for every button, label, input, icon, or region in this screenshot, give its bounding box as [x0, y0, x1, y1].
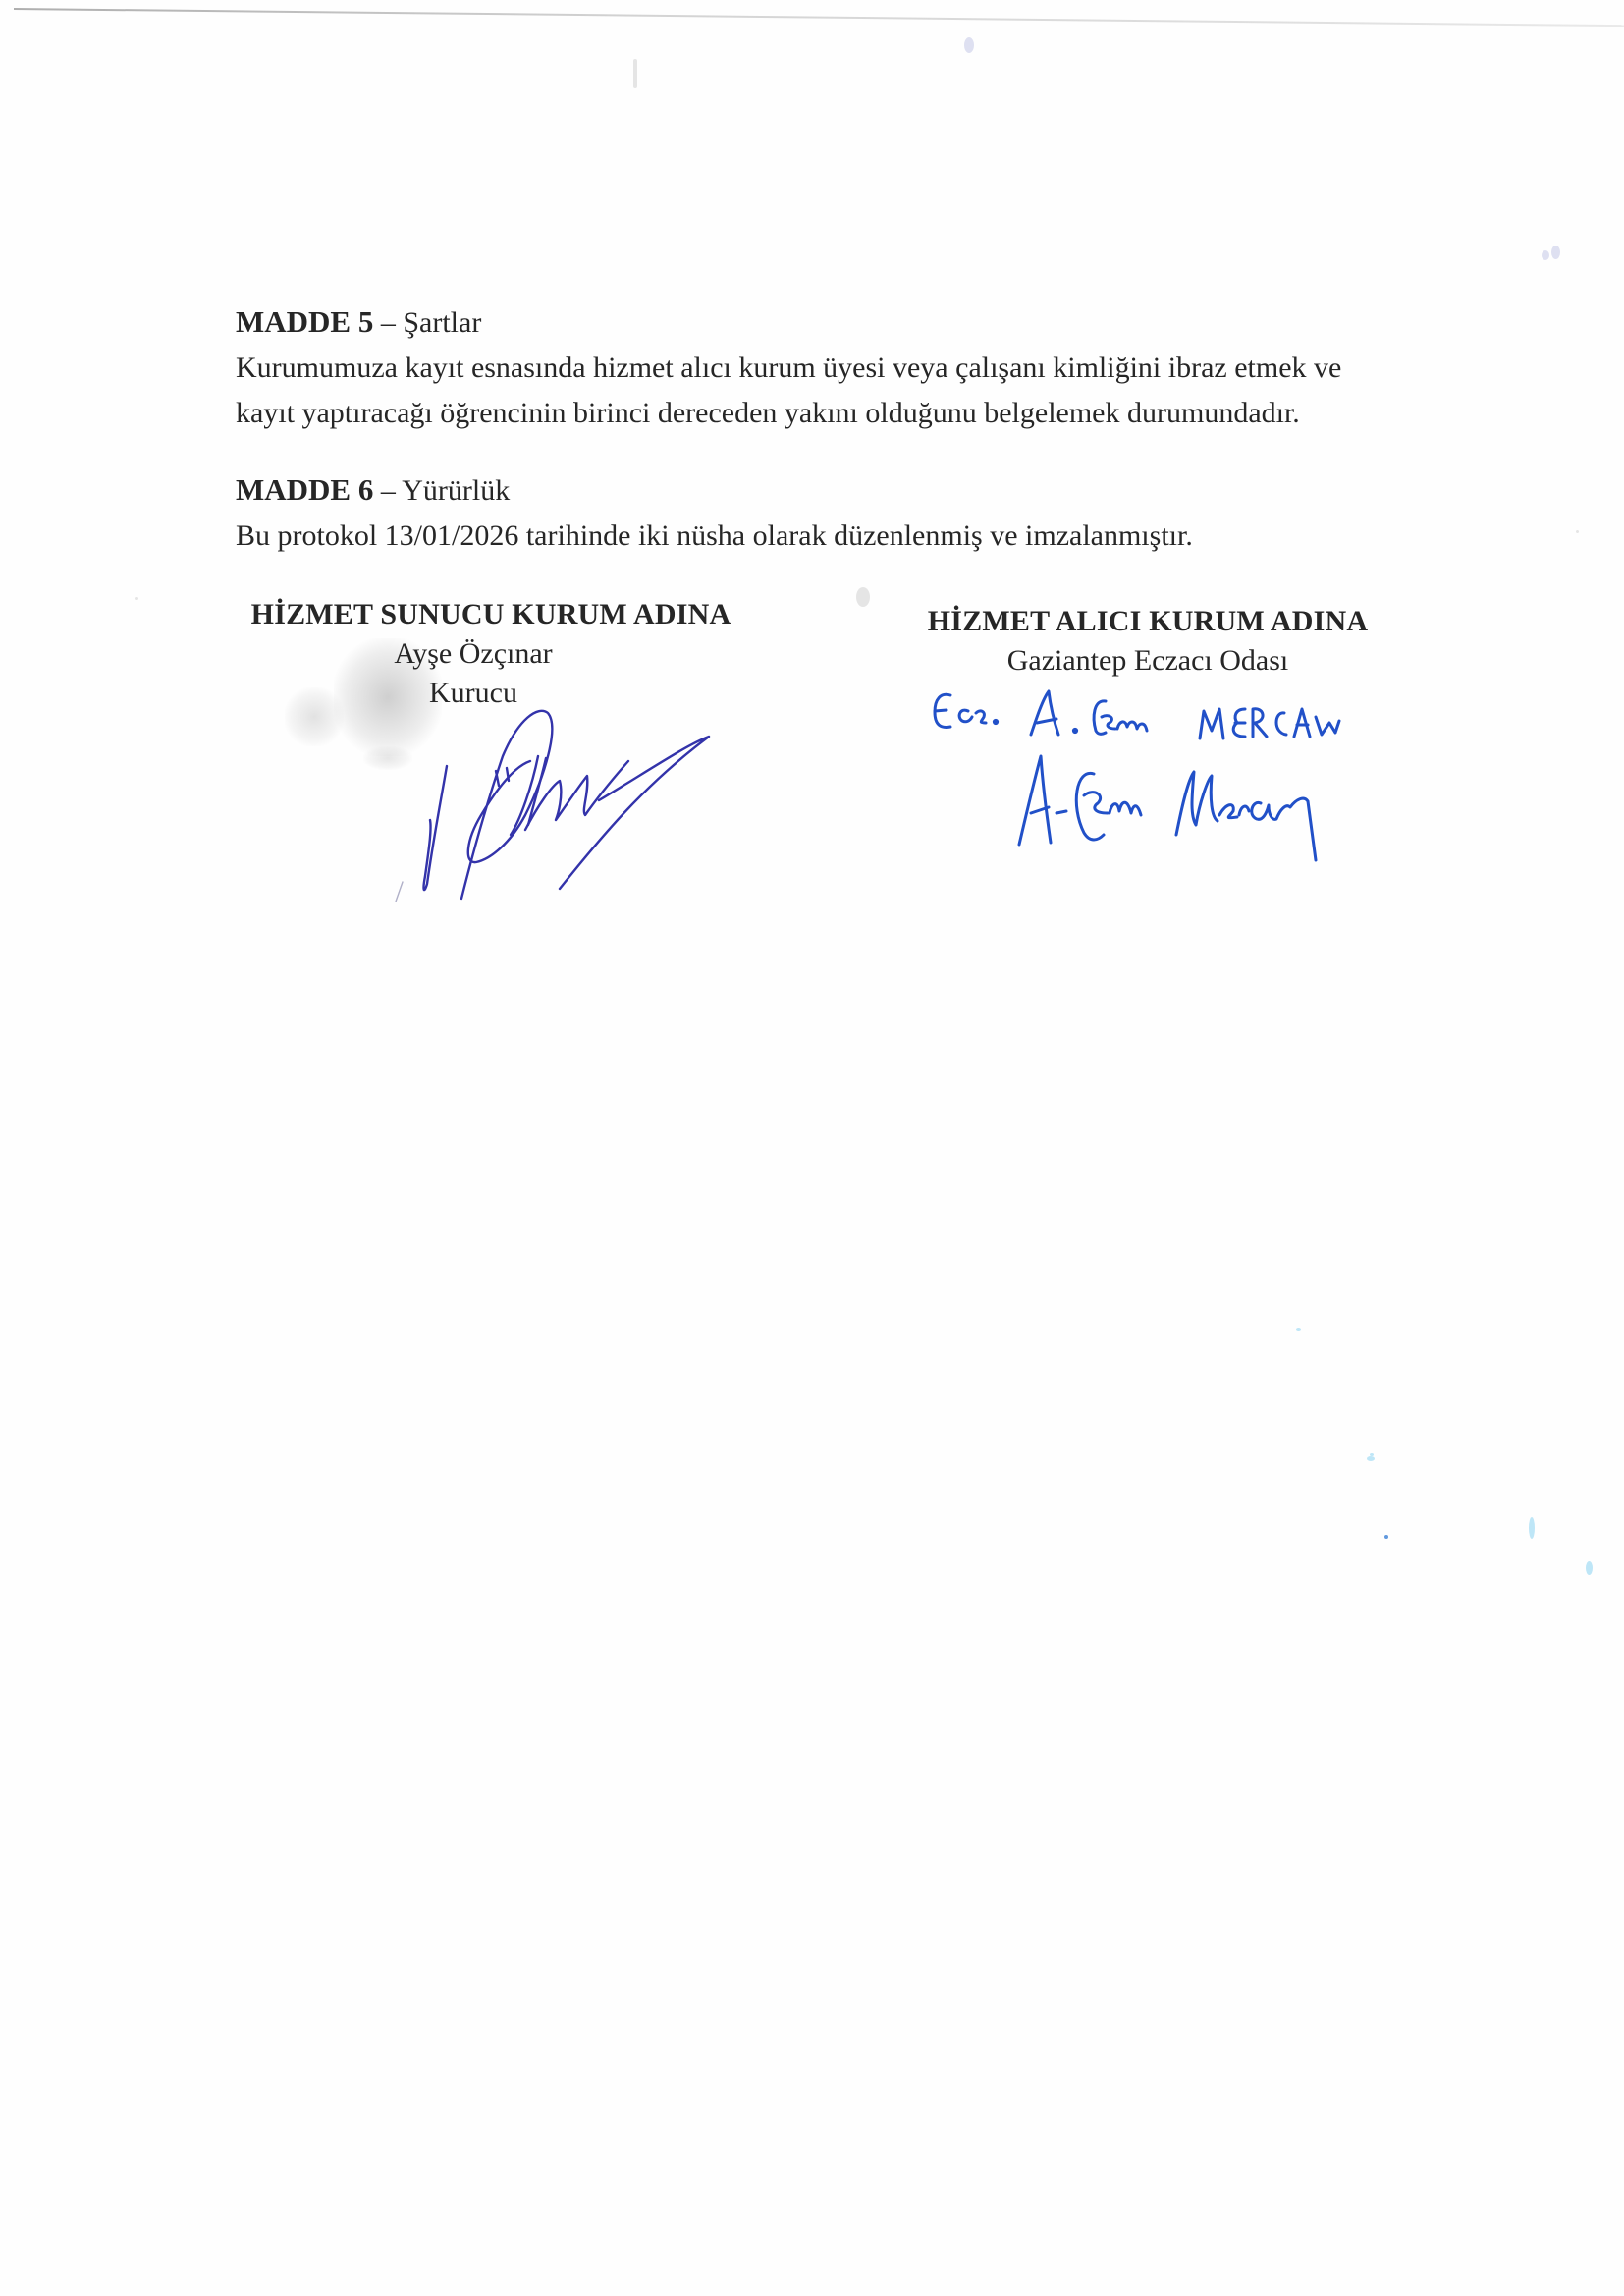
scan-speck — [1367, 1456, 1375, 1461]
scan-speck — [633, 59, 637, 88]
receiver-organization: Gaziantep Eczacı Odası — [909, 641, 1386, 681]
scan-speck — [1529, 1517, 1535, 1539]
article-label: MADDE 6 — [236, 472, 373, 507]
scan-speck — [1370, 1453, 1374, 1456]
article-heading: MADDE 6 – Yürürlük — [236, 467, 1453, 514]
provider-title: HİZMET SUNUCU KURUM ADINA — [234, 595, 748, 634]
article-5: MADDE 5 – Şartlar Kurumumuza kayıt esnas… — [236, 300, 1453, 436]
scan-speck — [135, 597, 138, 600]
article-title: Yürürlük — [402, 474, 510, 507]
article-label: MADDE 5 — [236, 304, 373, 339]
scan-speck — [964, 37, 974, 53]
article-6: MADDE 6 – Yürürlük Bu protokol 13/01/202… — [236, 467, 1453, 559]
receiver-signature-block: HİZMET ALICI KURUM ADINA Gaziantep Eczac… — [909, 602, 1386, 681]
provider-signature — [275, 648, 727, 923]
article-body-line: kayıt yaptıracağı öğrencinin birinci der… — [236, 391, 1453, 436]
scan-edge-line — [14, 8, 1624, 27]
article-title: Şartlar — [403, 306, 481, 339]
receiver-title: HİZMET ALICI KURUM ADINA — [909, 602, 1386, 641]
scan-speck — [1542, 250, 1549, 260]
article-heading: MADDE 5 – Şartlar — [236, 300, 1453, 346]
article-separator: – — [373, 306, 403, 339]
scan-speck — [1551, 246, 1560, 259]
scan-speck — [856, 587, 870, 607]
article-body-line: Kurumumuza kayıt esnasında hizmet alıcı … — [236, 346, 1453, 391]
scan-speck — [1576, 530, 1579, 533]
scan-speck — [1586, 1561, 1593, 1575]
scanned-page: MADDE 5 – Şartlar Kurumumuza kayıt esnas… — [0, 0, 1624, 2296]
article-separator: – — [373, 474, 402, 507]
scan-speck — [1384, 1535, 1388, 1539]
scan-speck — [1296, 1328, 1301, 1331]
receiver-handwritten-name-and-signature: Ecz. A. Cem MERCAN — [884, 678, 1424, 874]
article-body-line: Bu protokol 13/01/2026 tarihinde iki nüs… — [236, 514, 1453, 559]
